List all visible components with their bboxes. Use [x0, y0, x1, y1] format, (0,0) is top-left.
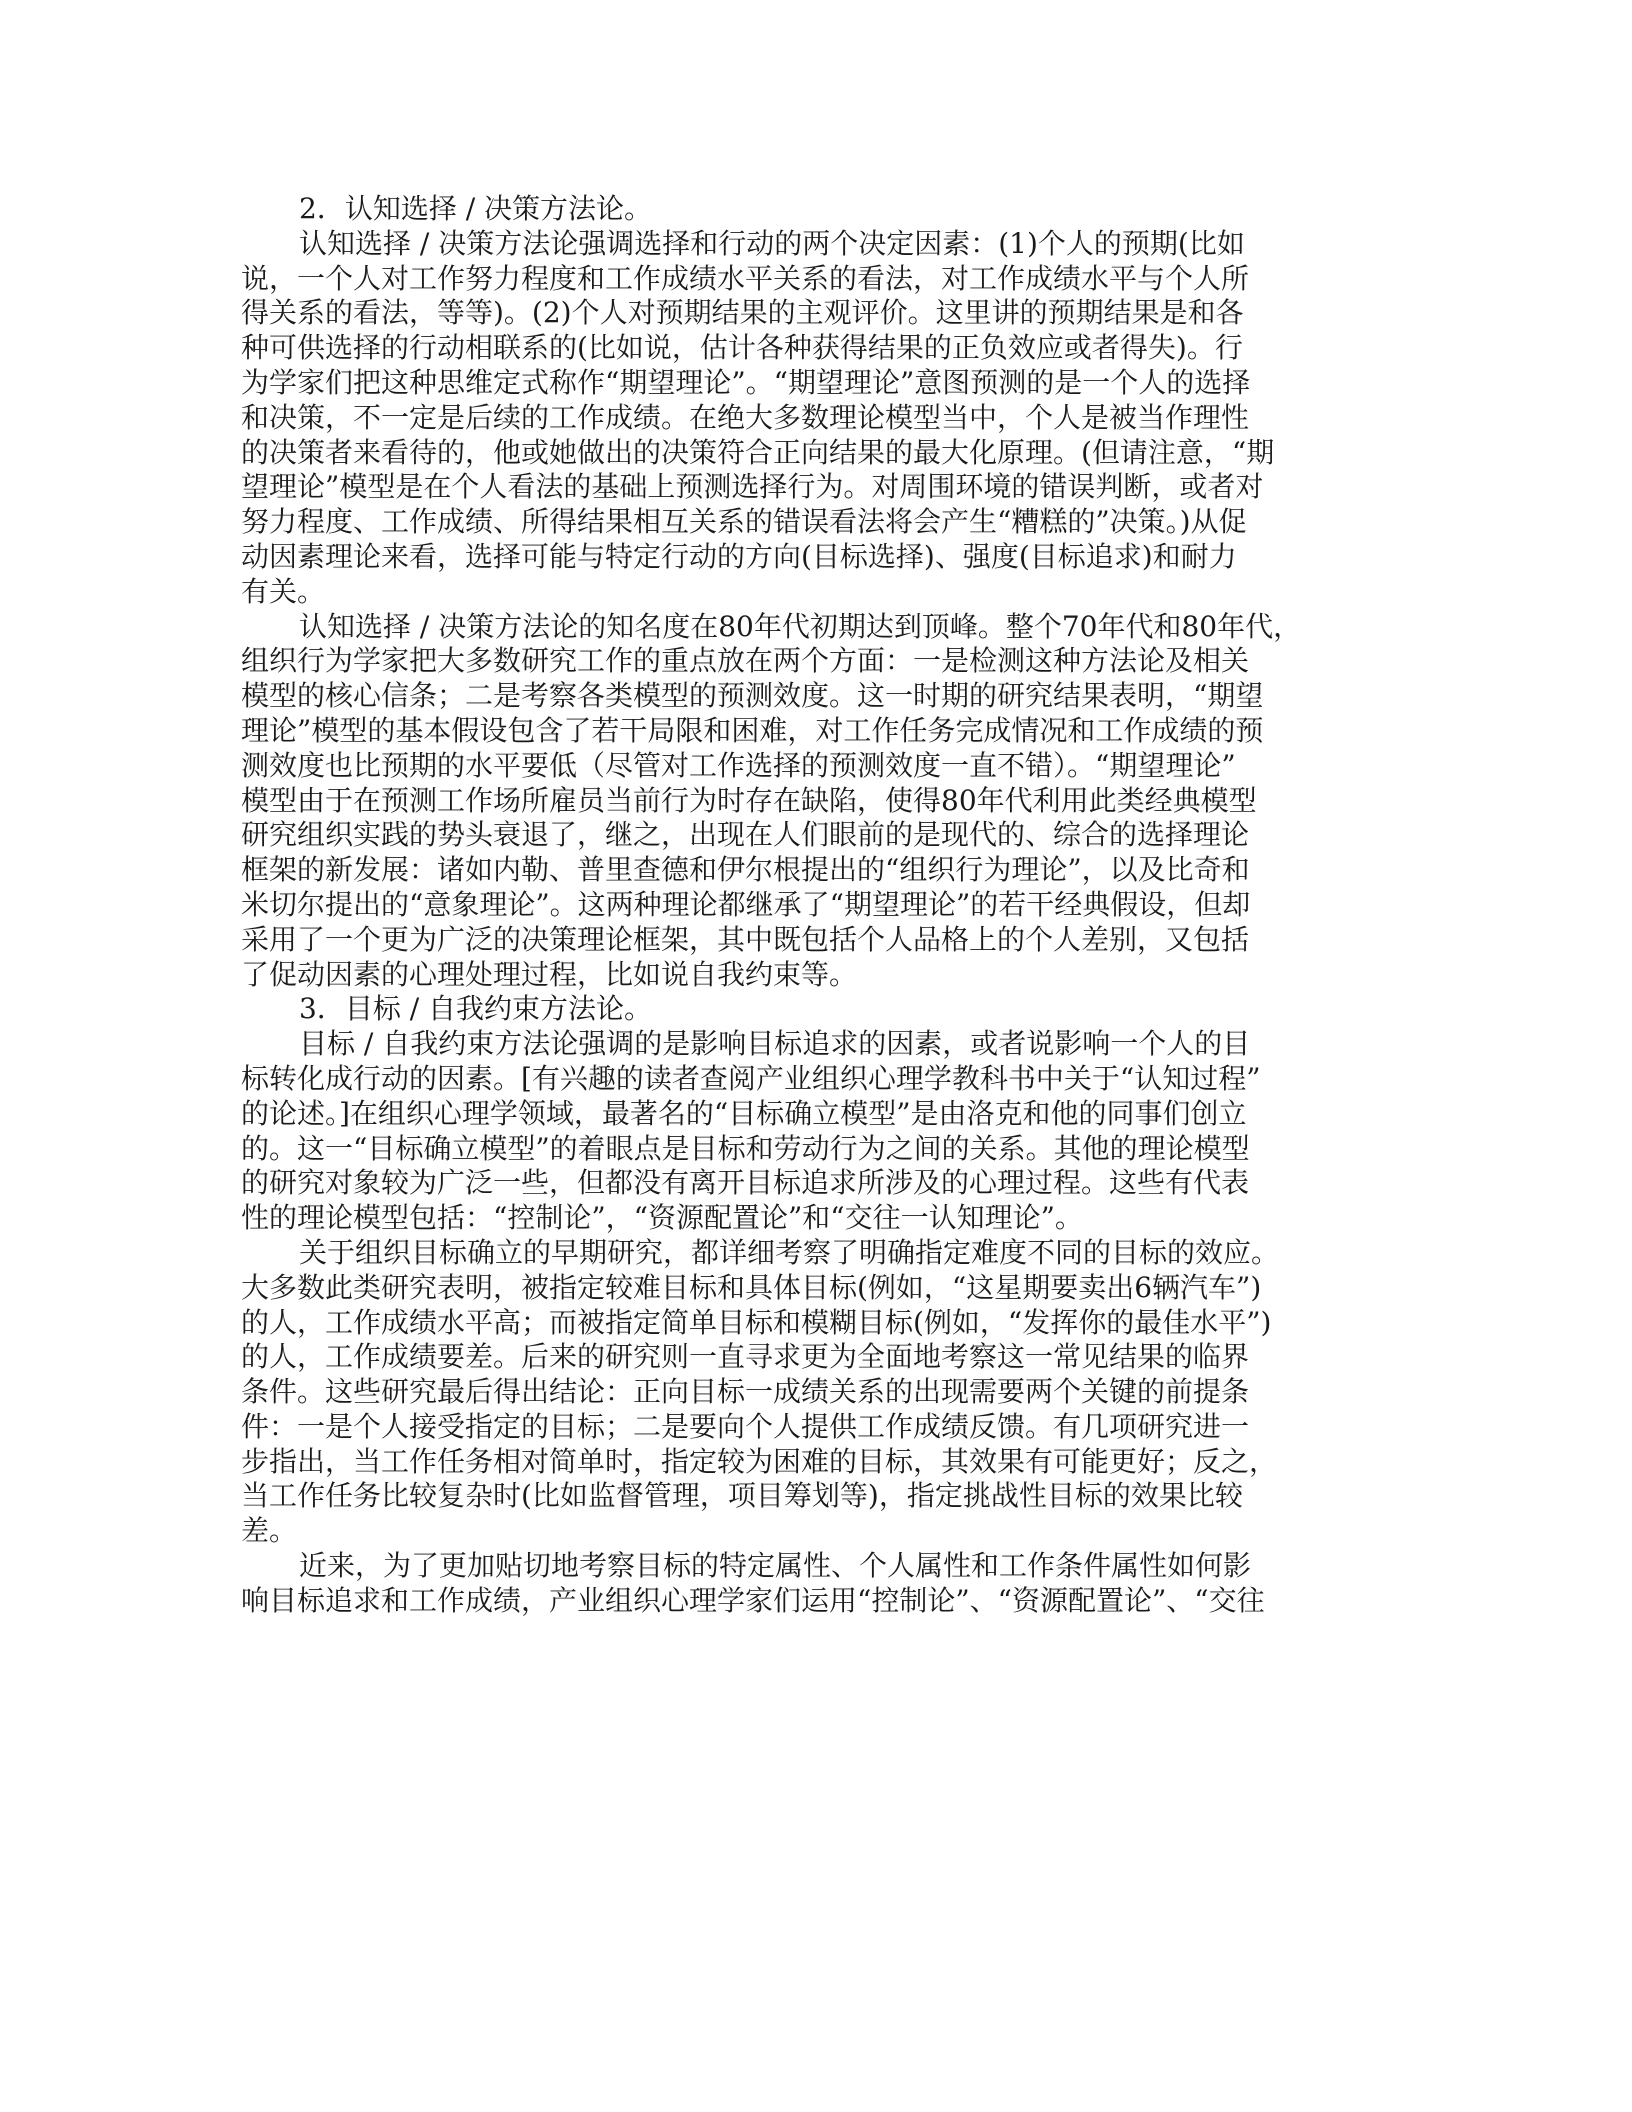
text-line: 认知选择 / 决策方法论强调选择和行动的两个决定因素：(1)个人的预期(比如 [241, 227, 1391, 262]
text-line: 的人，工作成绩水平高；而被指定简单目标和模糊目标(例如，“发挥你的最佳水平”) [241, 1306, 1391, 1341]
text-line: 大多数此类研究表明，被指定较难目标和具体目标(例如，“这星期要卖出6辆汽车”) [241, 1271, 1391, 1306]
text-line: 近来，为了更加贴切地考察目标的特定属性、个人属性和工作条件属性如何影 [241, 1549, 1391, 1584]
document-page: 2．认知选择 / 决策方法论。 认知选择 / 决策方法论强调选择和行动的两个决定… [241, 192, 1391, 1619]
text-line: 测效度也比预期的水平要低（尽管对工作选择的预测效度一直不错）。“期望理论” [241, 749, 1391, 784]
text-line: 得关系的看法，等等)。(2)个人对预期结果的主观评价。这里讲的预期结果是和各 [241, 296, 1391, 331]
text-line: 望理论”模型是在个人看法的基础上预测选择行为。对周围环境的错误判断，或者对 [241, 470, 1391, 505]
text-line: 种可供选择的行动相联系的(比如说，估计各种获得结果的正负效应或者得失)。行 [241, 331, 1391, 366]
text-line: 认知选择 / 决策方法论的知名度在80年代初期达到顶峰。整个70年代和80年代， [241, 610, 1391, 645]
paragraph: 关于组织目标确立的早期研究，都详细考察了明确指定难度不同的目标的效应。 大多数此… [241, 1236, 1391, 1549]
text-line: 响目标追求和工作成绩，产业组织心理学家们运用“控制论”、“资源配置论”、“交往 [241, 1584, 1391, 1619]
section-heading: 2．认知选择 / 决策方法论。 [241, 192, 1391, 227]
text-line: 组织行为学家把大多数研究工作的重点放在两个方面：一是检测这种方法论及相关 [241, 644, 1391, 679]
text-line: 理论”模型的基本假设包含了若干局限和困难，对工作任务完成情况和工作成绩的预 [241, 714, 1391, 749]
text-line: 步指出，当工作任务相对简单时，指定较为困难的目标，其效果有可能更好；反之， [241, 1445, 1391, 1480]
paragraph: 目标 / 自我约束方法论强调的是影响目标追求的因素，或者说影响一个人的目 标转化… [241, 1027, 1391, 1236]
text-line: 关于组织目标确立的早期研究，都详细考察了明确指定难度不同的目标的效应。 [241, 1236, 1391, 1271]
text-line: 差。 [241, 1514, 1391, 1549]
paragraph: 近来，为了更加贴切地考察目标的特定属性、个人属性和工作条件属性如何影 响目标追求… [241, 1549, 1391, 1619]
text-line: 米切尔提出的“意象理论”。这两种理论都继承了“期望理论”的若干经典假设，但却 [241, 888, 1391, 923]
text-line: 件：一是个人接受指定的目标；二是要向个人提供工作成绩反馈。有几项研究进一 [241, 1410, 1391, 1445]
text-line: 模型的核心信条；二是考察各类模型的预测效度。这一时期的研究结果表明，“期望 [241, 679, 1391, 714]
text-line: 框架的新发展：诸如内勒、普里查德和伊尔根提出的“组织行为理论”，以及比奇和 [241, 853, 1391, 888]
text-line: 的人，工作成绩要差。后来的研究则一直寻求更为全面地考察这一常见结果的临界 [241, 1340, 1391, 1375]
text-line: 有关。 [241, 575, 1391, 610]
text-line: 目标 / 自我约束方法论强调的是影响目标追求的因素，或者说影响一个人的目 [241, 1027, 1391, 1062]
paragraph: 认知选择 / 决策方法论的知名度在80年代初期达到顶峰。整个70年代和80年代，… [241, 610, 1391, 993]
text-line: 努力程度、工作成绩、所得结果相互关系的错误看法将会产生“糟糕的”决策。)从促 [241, 505, 1391, 540]
text-line: 和决策，不一定是后续的工作成绩。在绝大多数理论模型当中，个人是被当作理性 [241, 401, 1391, 436]
text-line: 为学家们把这种思维定式称作“期望理论”。“期望理论”意图预测的是一个人的选择 [241, 366, 1391, 401]
text-line: 研究组织实践的势头衰退了，继之，出现在人们眼前的是现代的、综合的选择理论 [241, 818, 1391, 853]
text-line: 的决策者来看待的，他或她做出的决策符合正向结果的最大化原理。(但请注意，“期 [241, 436, 1391, 471]
text-line: 的论述。]在组织心理学领域，最著名的“目标确立模型”是由洛克和他的同事们创立 [241, 1097, 1391, 1132]
section-heading: 3．目标 / 自我约束方法论。 [241, 992, 1391, 1027]
text-line: 了促动因素的心理处理过程，比如说自我约束等。 [241, 958, 1391, 993]
text-line: 的。这一“目标确立模型”的着眼点是目标和劳动行为之间的关系。其他的理论模型 [241, 1132, 1391, 1167]
text-line: 说，一个人对工作努力程度和工作成绩水平关系的看法，对工作成绩水平与个人所 [241, 262, 1391, 297]
text-line: 当工作任务比较复杂时(比如监督管理，项目筹划等)，指定挑战性目标的效果比较 [241, 1479, 1391, 1514]
text-line: 性的理论模型包括：“控制论”，“资源配置论”和“交往一认知理论”。 [241, 1201, 1391, 1236]
text-line: 动因素理论来看，选择可能与特定行动的方向(目标选择)、强度(目标追求)和耐力 [241, 540, 1391, 575]
text-line: 的研究对象较为广泛一些，但都没有离开目标追求所涉及的心理过程。这些有代表 [241, 1166, 1391, 1201]
text-line: 模型由于在预测工作场所雇员当前行为时存在缺陷，使得80年代利用此类经典模型 [241, 784, 1391, 819]
text-line: 标转化成行动的因素。[有兴趣的读者查阅产业组织心理学教科书中关于“认知过程” [241, 1062, 1391, 1097]
paragraph: 认知选择 / 决策方法论强调选择和行动的两个决定因素：(1)个人的预期(比如 说… [241, 227, 1391, 610]
text-line: 采用了一个更为广泛的决策理论框架，其中既包括个人品格上的个人差别，又包括 [241, 923, 1391, 958]
text-line: 条件。这些研究最后得出结论：正向目标一成绩关系的出现需要两个关键的前提条 [241, 1375, 1391, 1410]
